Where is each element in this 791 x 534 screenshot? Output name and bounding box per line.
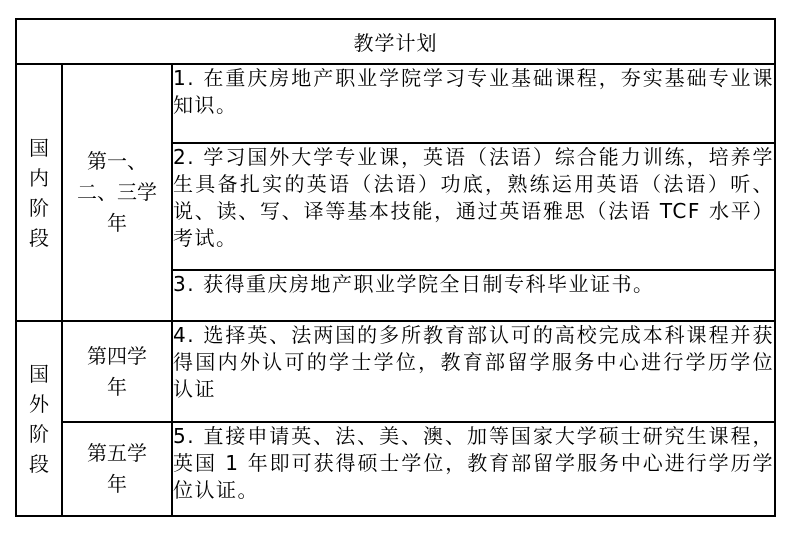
plan-item-5: 5. 直接申请英、法、美、澳、加等国家大学硕士研究生课程，英国 1 年即可获得硕… — [172, 422, 775, 516]
plan-item-1: 1. 在重庆房地产职业学院学习专业基础课程，夯实基础专业课知识。 — [172, 64, 775, 143]
plan-item-4: 4. 选择英、法两国的多所教育部认可的高校完成本科课程并获得国内外认可的学士学位… — [172, 321, 775, 422]
stage-cell-overseas: 国 外 阶 段 — [16, 321, 62, 516]
year-cell-year-4: 第四学 年 — [62, 321, 172, 422]
plan-item-2: 2. 学习国外大学专业课，英语（法语）综合能力训练，培养学生具备扎实的英语（法语… — [172, 143, 775, 270]
year-cell-year-5: 第五学 年 — [62, 422, 172, 516]
plan-item-3: 3. 获得重庆房地产职业学院全日制专科毕业证书。 — [172, 270, 775, 321]
year-cell-years-1-2-3: 第一、 二、三学 年 — [62, 64, 172, 321]
stage-cell-domestic: 国 内 阶 段 — [16, 64, 62, 321]
table-title: 教学计划 — [16, 19, 775, 64]
teaching-plan-table: 教学计划 国 内 阶 段 第一、 二、三学 年 1. 在重庆房地产职业学院学习专… — [15, 18, 776, 517]
document-page: 教学计划 国 内 阶 段 第一、 二、三学 年 1. 在重庆房地产职业学院学习专… — [0, 0, 791, 534]
